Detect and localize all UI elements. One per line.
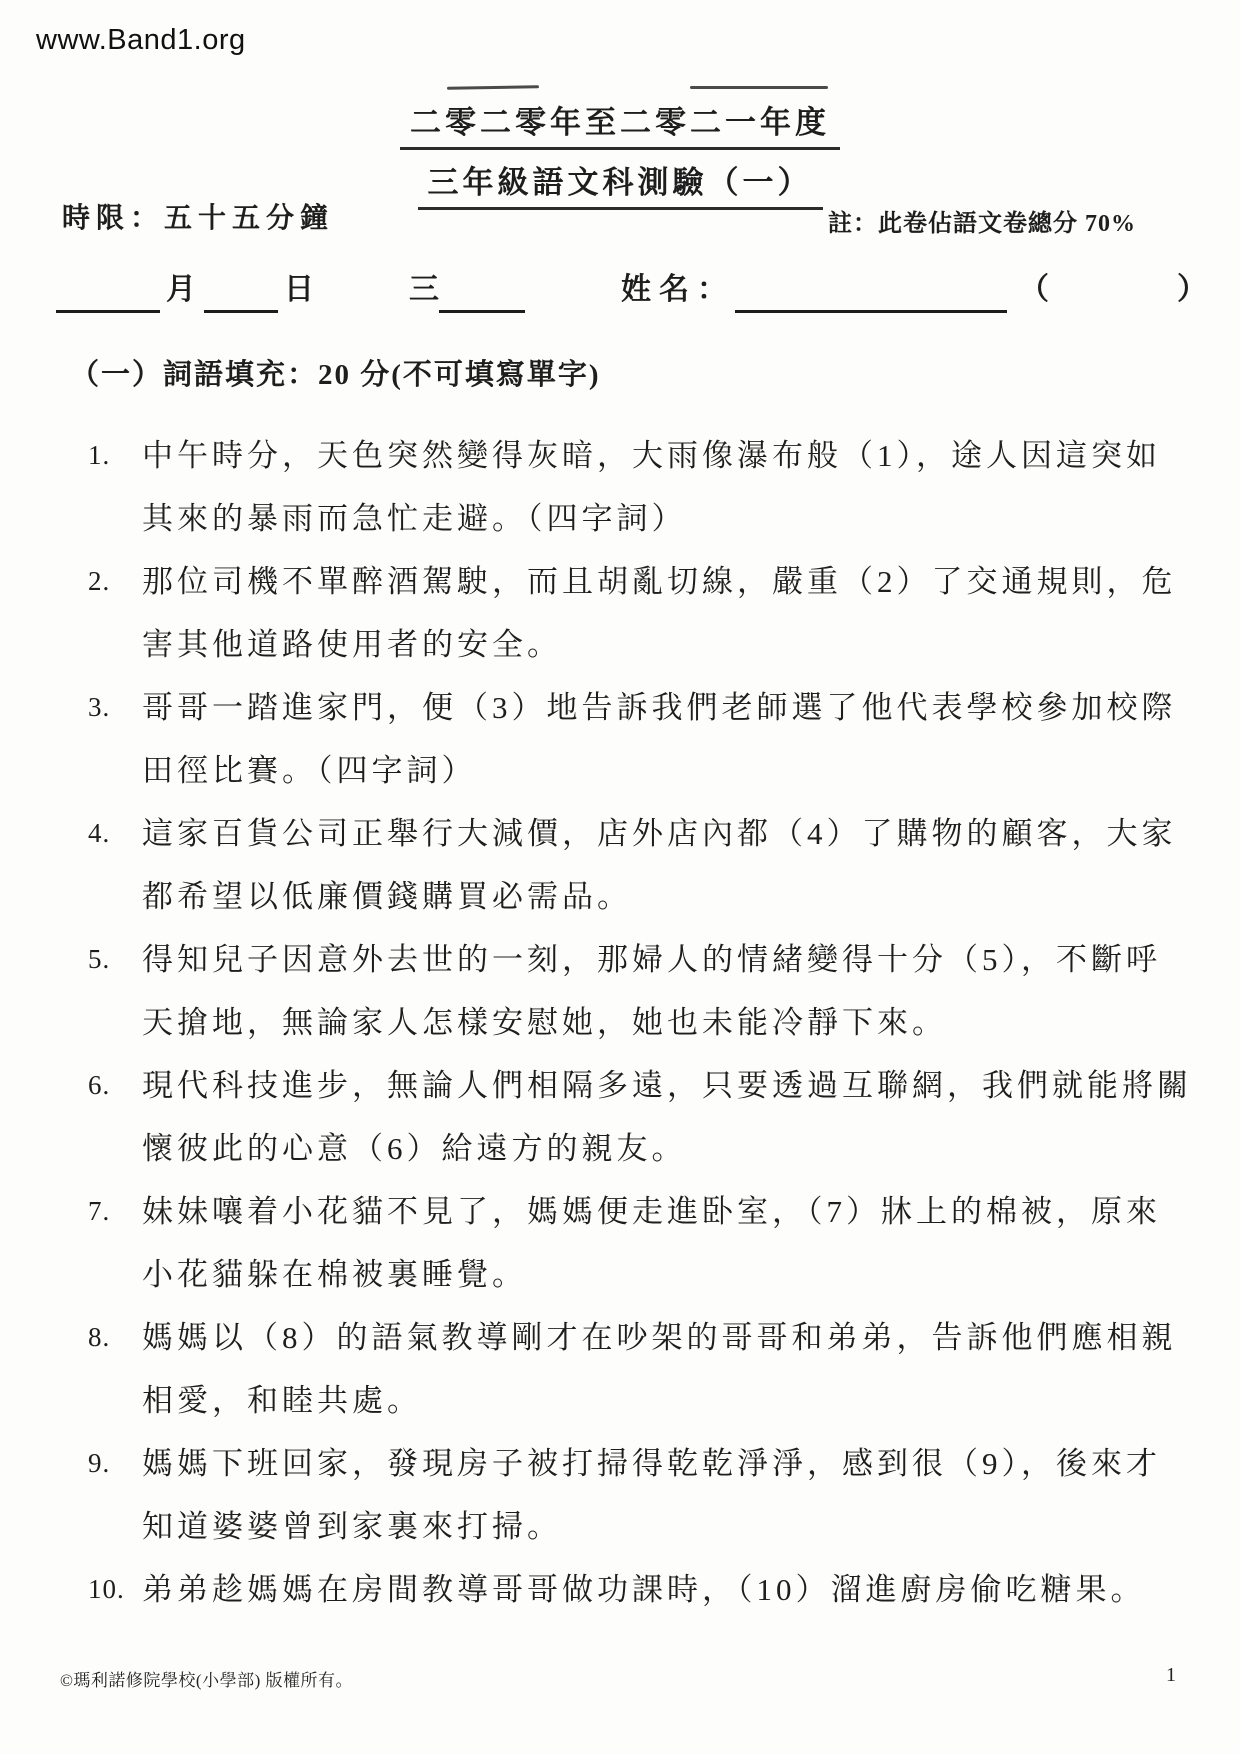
- section-one-heading: （一）詞語填充：20 分(不可填寫單字): [70, 352, 601, 393]
- question-number: 10.: [88, 1558, 142, 1621]
- question-item: 8. 媽媽以（8）的語氣教導剛才在吵架的哥哥和弟弟，告訴他們應相親 相愛，和睦共…: [88, 1306, 1198, 1432]
- page-number: 1: [1166, 1664, 1176, 1687]
- exam-paper-page: www.Band1.org 二零二零年至二零二一年度 三年級語文科測驗（一） 時…: [0, 0, 1240, 1754]
- question-text-line: 都希望以低廉價錢購買必需品。: [142, 865, 1198, 928]
- question-list: 1. 中午時分，天色突然變得灰暗，大雨像瀑布般（1），途人因這突如 其來的暴雨而…: [88, 424, 1198, 1621]
- score-paren-open: （: [1019, 264, 1049, 308]
- question-item: 1. 中午時分，天色突然變得灰暗，大雨像瀑布般（1），途人因這突如 其來的暴雨而…: [88, 424, 1198, 550]
- question-number: 6.: [88, 1054, 142, 1180]
- question-number: 7.: [88, 1180, 142, 1306]
- question-item: 9. 媽媽下班回家，發現房子被打掃得乾乾淨淨，感到很（9），後來才 知道婆婆曾到…: [88, 1432, 1198, 1558]
- question-text-line: 妹妹嚷着小花貓不見了，媽媽便走進卧室，（7）牀上的棉被，原來: [142, 1180, 1198, 1243]
- question-item: 3. 哥哥一踏進家門，便（3）地告訴我們老師選了他代表學校參加校際 田徑比賽。（…: [88, 676, 1198, 802]
- question-text-line: 現代科技進步，無論人們相隔多遠，只要透過互聯網，我們就能將關: [142, 1054, 1198, 1117]
- question-text-line: 中午時分，天色突然變得灰暗，大雨像瀑布般（1），途人因這突如: [142, 424, 1198, 487]
- scan-artifact-line: [447, 85, 539, 90]
- question-text-line: 這家百貨公司正舉行大減價，店外店內都（4）了購物的顧客，大家: [142, 802, 1198, 865]
- question-text-line: 知道婆婆曾到家裏來打掃。: [142, 1495, 1198, 1558]
- question-text-line: 田徑比賽。（四字詞）: [142, 739, 1198, 802]
- question-text-line: 哥哥一踏進家門，便（3）地告訴我們老師選了他代表學校參加校際: [142, 676, 1198, 739]
- question-text-line: 天搶地，無論家人怎樣安慰她，她也未能冷靜下來。: [142, 991, 1198, 1054]
- month-label: 月: [166, 264, 196, 308]
- exam-title: 三年級語文科測驗（一）: [418, 157, 823, 210]
- question-number: 8.: [88, 1306, 142, 1432]
- copyright-notice: ©瑪利諾修院學校(小學部) 版權所有。: [60, 1666, 353, 1691]
- question-text-line: 相愛，和睦共處。: [142, 1369, 1198, 1432]
- question-text-line: 得知兒子因意外去世的一刻，那婦人的情緒變得十分（5），不斷呼: [142, 928, 1198, 991]
- question-text-line: 弟弟趁媽媽在房間教導哥哥做功課時，（10）溜進廚房偷吃糖果。: [142, 1558, 1198, 1621]
- total-score-note: 註：此卷佔語文卷總分 70%: [828, 203, 1136, 238]
- class-prefix: 三: [409, 264, 439, 308]
- title-block: 二零二零年至二零二一年度 三年級語文科測驗（一）: [0, 97, 1240, 210]
- question-text-line: 媽媽下班回家，發現房子被打掃得乾乾淨淨，感到很（9），後來才: [142, 1432, 1198, 1495]
- day-label: 日: [284, 264, 314, 308]
- question-item: 5. 得知兒子因意外去世的一刻，那婦人的情緒變得十分（5），不斷呼 天搶地，無論…: [88, 928, 1198, 1054]
- question-number: 3.: [88, 676, 142, 802]
- score-paren-close: ）: [1177, 264, 1207, 308]
- time-limit-label: 時限：五十五分鐘: [62, 196, 334, 236]
- question-text-line: 那位司機不單醉酒駕駛，而且胡亂切線，嚴重（2）了交通規則，危: [142, 550, 1198, 613]
- question-number: 5.: [88, 928, 142, 1054]
- question-text-line: 害其他道路使用者的安全。: [142, 613, 1198, 676]
- academic-year-title: 二零二零年至二零二一年度: [400, 97, 840, 150]
- class-blank: [439, 300, 525, 313]
- question-item: 10. 弟弟趁媽媽在房間教導哥哥做功課時，（10）溜進廚房偷吃糖果。: [88, 1558, 1198, 1621]
- watermark-url: www.Band1.org: [36, 24, 246, 57]
- month-blank: [56, 300, 160, 313]
- question-number: 1.: [88, 424, 142, 550]
- question-item: 6. 現代科技進步，無論人們相隔多遠，只要透過互聯網，我們就能將關 懷彼此的心意…: [88, 1054, 1198, 1180]
- question-number: 9.: [88, 1432, 142, 1558]
- scan-artifact-line: [690, 86, 828, 89]
- question-number: 4.: [88, 802, 142, 928]
- question-item: 4. 這家百貨公司正舉行大減價，店外店內都（4）了購物的顧客，大家 都希望以低廉…: [88, 802, 1198, 928]
- day-blank: [204, 300, 278, 313]
- question-text-line: 懷彼此的心意（6）給遠方的親友。: [142, 1117, 1198, 1180]
- student-info-line: 月 日 三 姓名： （ ）: [56, 264, 1207, 308]
- question-text-line: 小花貓躲在棉被裏睡覺。: [142, 1243, 1198, 1306]
- question-item: 2. 那位司機不單醉酒駕駛，而且胡亂切線，嚴重（2）了交通規則，危 害其他道路使…: [88, 550, 1198, 676]
- question-item: 7. 妹妹嚷着小花貓不見了，媽媽便走進卧室，（7）牀上的棉被，原來 小花貓躲在棉…: [88, 1180, 1198, 1306]
- question-text-line: 媽媽以（8）的語氣教導剛才在吵架的哥哥和弟弟，告訴他們應相親: [142, 1306, 1198, 1369]
- question-number: 2.: [88, 550, 142, 676]
- question-text-line: 其來的暴雨而急忙走避。（四字詞）: [142, 487, 1198, 550]
- name-blank: [735, 300, 1007, 313]
- name-label: 姓名：: [621, 264, 735, 308]
